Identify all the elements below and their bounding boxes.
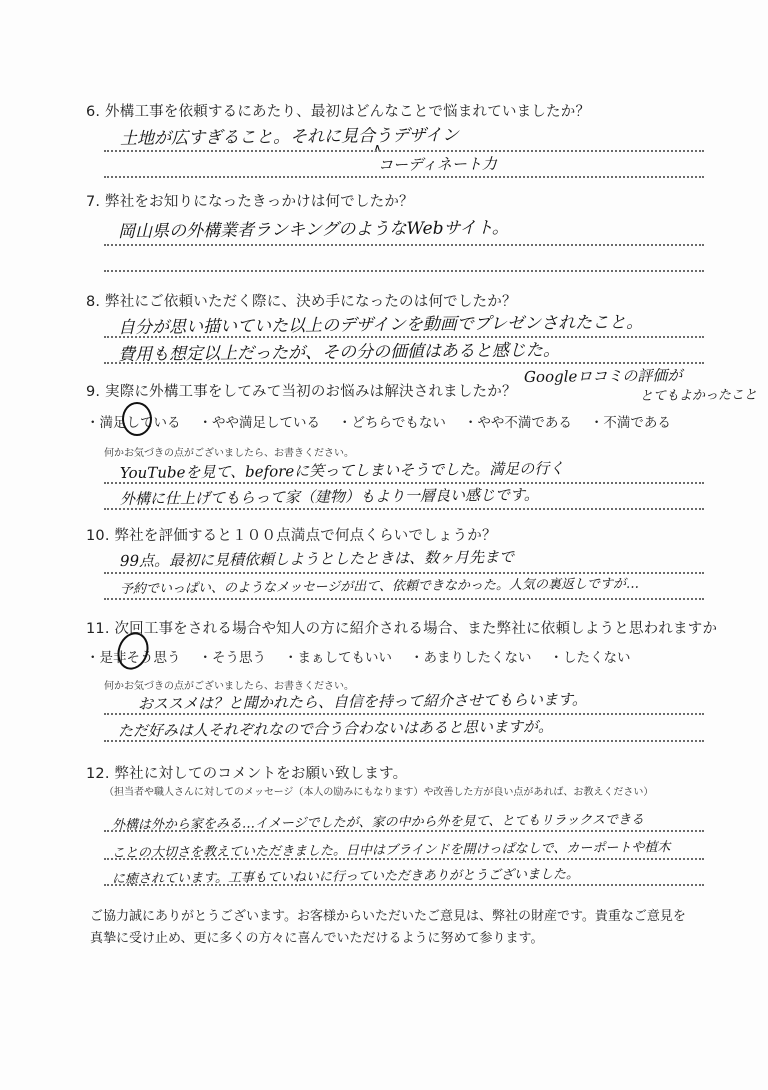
question-9-hint: 何かお気づきの点がございましたら、お書きください。 (104, 444, 354, 459)
closing-message: ご協力誠にありがとうございます。お客様からいただいたご意見は、弊社の財産です。貴… (90, 906, 690, 950)
answer-line-divider (104, 713, 704, 715)
insert-caret-mark: ∧ (373, 141, 382, 155)
answer-line-divider (104, 482, 704, 484)
question-6-answer-line-2: コーディネート力 (378, 153, 497, 175)
option-dissatisfied[interactable]: ・不満である (590, 411, 671, 431)
survey-page: 6. 外構工事を依頼するにあたり、最初はどんなことで悩まれていましたか？ 土地が… (0, 0, 768, 1090)
question-11-hint: 何かお気づきの点がございましたら、お書きください。 (104, 677, 354, 692)
closing-message-line-2: 真摯に受け止め、更に多くの方々に喜んでいただけるように努めて参ります。 (90, 928, 690, 950)
question-9-options: ・満足している ・やや満足している ・どちらでもない ・やや不満である ・不満で… (86, 411, 671, 431)
question-8-margin-note-line-1: Googleロコミの評価が (524, 364, 683, 387)
option-maybe[interactable]: ・まぁしてもいい (284, 646, 392, 666)
question-11-title: 11. 次回工事をされる場合や知人の方に紹介される場合、また弊社に依頼しようと思… (86, 617, 717, 638)
option-no[interactable]: ・したくない (550, 646, 631, 666)
option-somewhat-dissatisfied[interactable]: ・やや不満である (464, 411, 572, 431)
question-7-answer-line-1: 岡山県の外構業者ランキングのようなWebサイト。 (118, 213, 509, 242)
question-8-answer-line-2: 費用も想定以上だったが、その分の価値はあると感じた。 (118, 335, 560, 365)
question-11-answer-line-2: ただ好みは人それぞれなので合う合わないはあると思いますが。 (118, 715, 553, 741)
answer-line-divider (104, 858, 704, 860)
answer-line-divider (104, 598, 704, 600)
option-neutral[interactable]: ・どちらでもない (338, 411, 446, 431)
option-somewhat-satisfied[interactable]: ・やや満足している (199, 411, 321, 431)
question-6-answer-line-1: 土地が広すぎること。それに見合うデザイン (120, 120, 459, 149)
option-rather-not[interactable]: ・あまりしたくない (410, 646, 532, 666)
answer-line-divider (104, 884, 704, 886)
question-8-margin-note-line-2: とてもよかったこと (640, 384, 757, 404)
answer-line-divider (104, 362, 704, 364)
selected-circle-mark (122, 402, 152, 436)
answer-line-divider (104, 270, 704, 272)
option-yes[interactable]: ・そう思う (199, 646, 267, 666)
question-10-answer-line-2: 予約でいっぱい、のようなメッセージが出て、依頼できなかった。人気の裏返しですが… (120, 573, 639, 597)
answer-line-divider (104, 244, 704, 246)
question-9-answer-line-1: YouTubeを見て、beforeに笑ってしまいそうでした。満足の行く (120, 457, 564, 483)
question-12-title: 12. 弊社に対してのコメントをお願い致します。 (86, 762, 407, 783)
question-10-title: 10. 弊社を評価すると１００点満点で何点くらいでしょうか？ (86, 524, 497, 545)
answer-line-divider (104, 150, 704, 152)
answer-line-divider (104, 508, 704, 510)
question-8-title: 8. 弊社にご依頼いただく際に、決め手になったのは何でしたか？ (86, 290, 517, 311)
closing-message-line-1: ご協力誠にありがとうございます。お客様からいただいたご意見は、弊社の財産です。貴… (90, 906, 690, 928)
question-9-answer-line-2: 外構に仕上げてもらって家（建物）もより一層良い感じです。 (120, 484, 539, 509)
question-9-title: 9. 実際に外構工事をしてみて当初のお悩みは解決されましたか？ (86, 380, 517, 401)
answer-line-divider (104, 740, 704, 742)
answer-line-divider (104, 830, 704, 832)
question-7-title: 7. 弊社をお知りになったきっかけは何でしたか？ (86, 190, 414, 211)
question-10-answer-line-1: 99点。最初に見積依頼しようとしたときは、数ヶ月先まで (120, 546, 514, 571)
answer-line-divider (104, 176, 704, 178)
question-12-subtitle: （担当者や職人さんに対してのメッセージ（本人の励みにもなります）や改善した方が良… (104, 783, 653, 798)
question-11-options: ・是非そう思う ・そう思う ・まぁしてもいい ・あまりしたくない ・したくない (86, 646, 631, 666)
question-11-answer-line-1: おススメは？と聞かれたら、自信を持って紹介させてもらいます。 (138, 688, 587, 714)
question-6-title: 6. 外構工事を依頼するにあたり、最初はどんなことで悩まれていましたか？ (86, 100, 590, 121)
question-8-answer-line-1: 自分が思い描いていた以上のデザインを動画でプレゼンされたこと。 (118, 308, 643, 338)
